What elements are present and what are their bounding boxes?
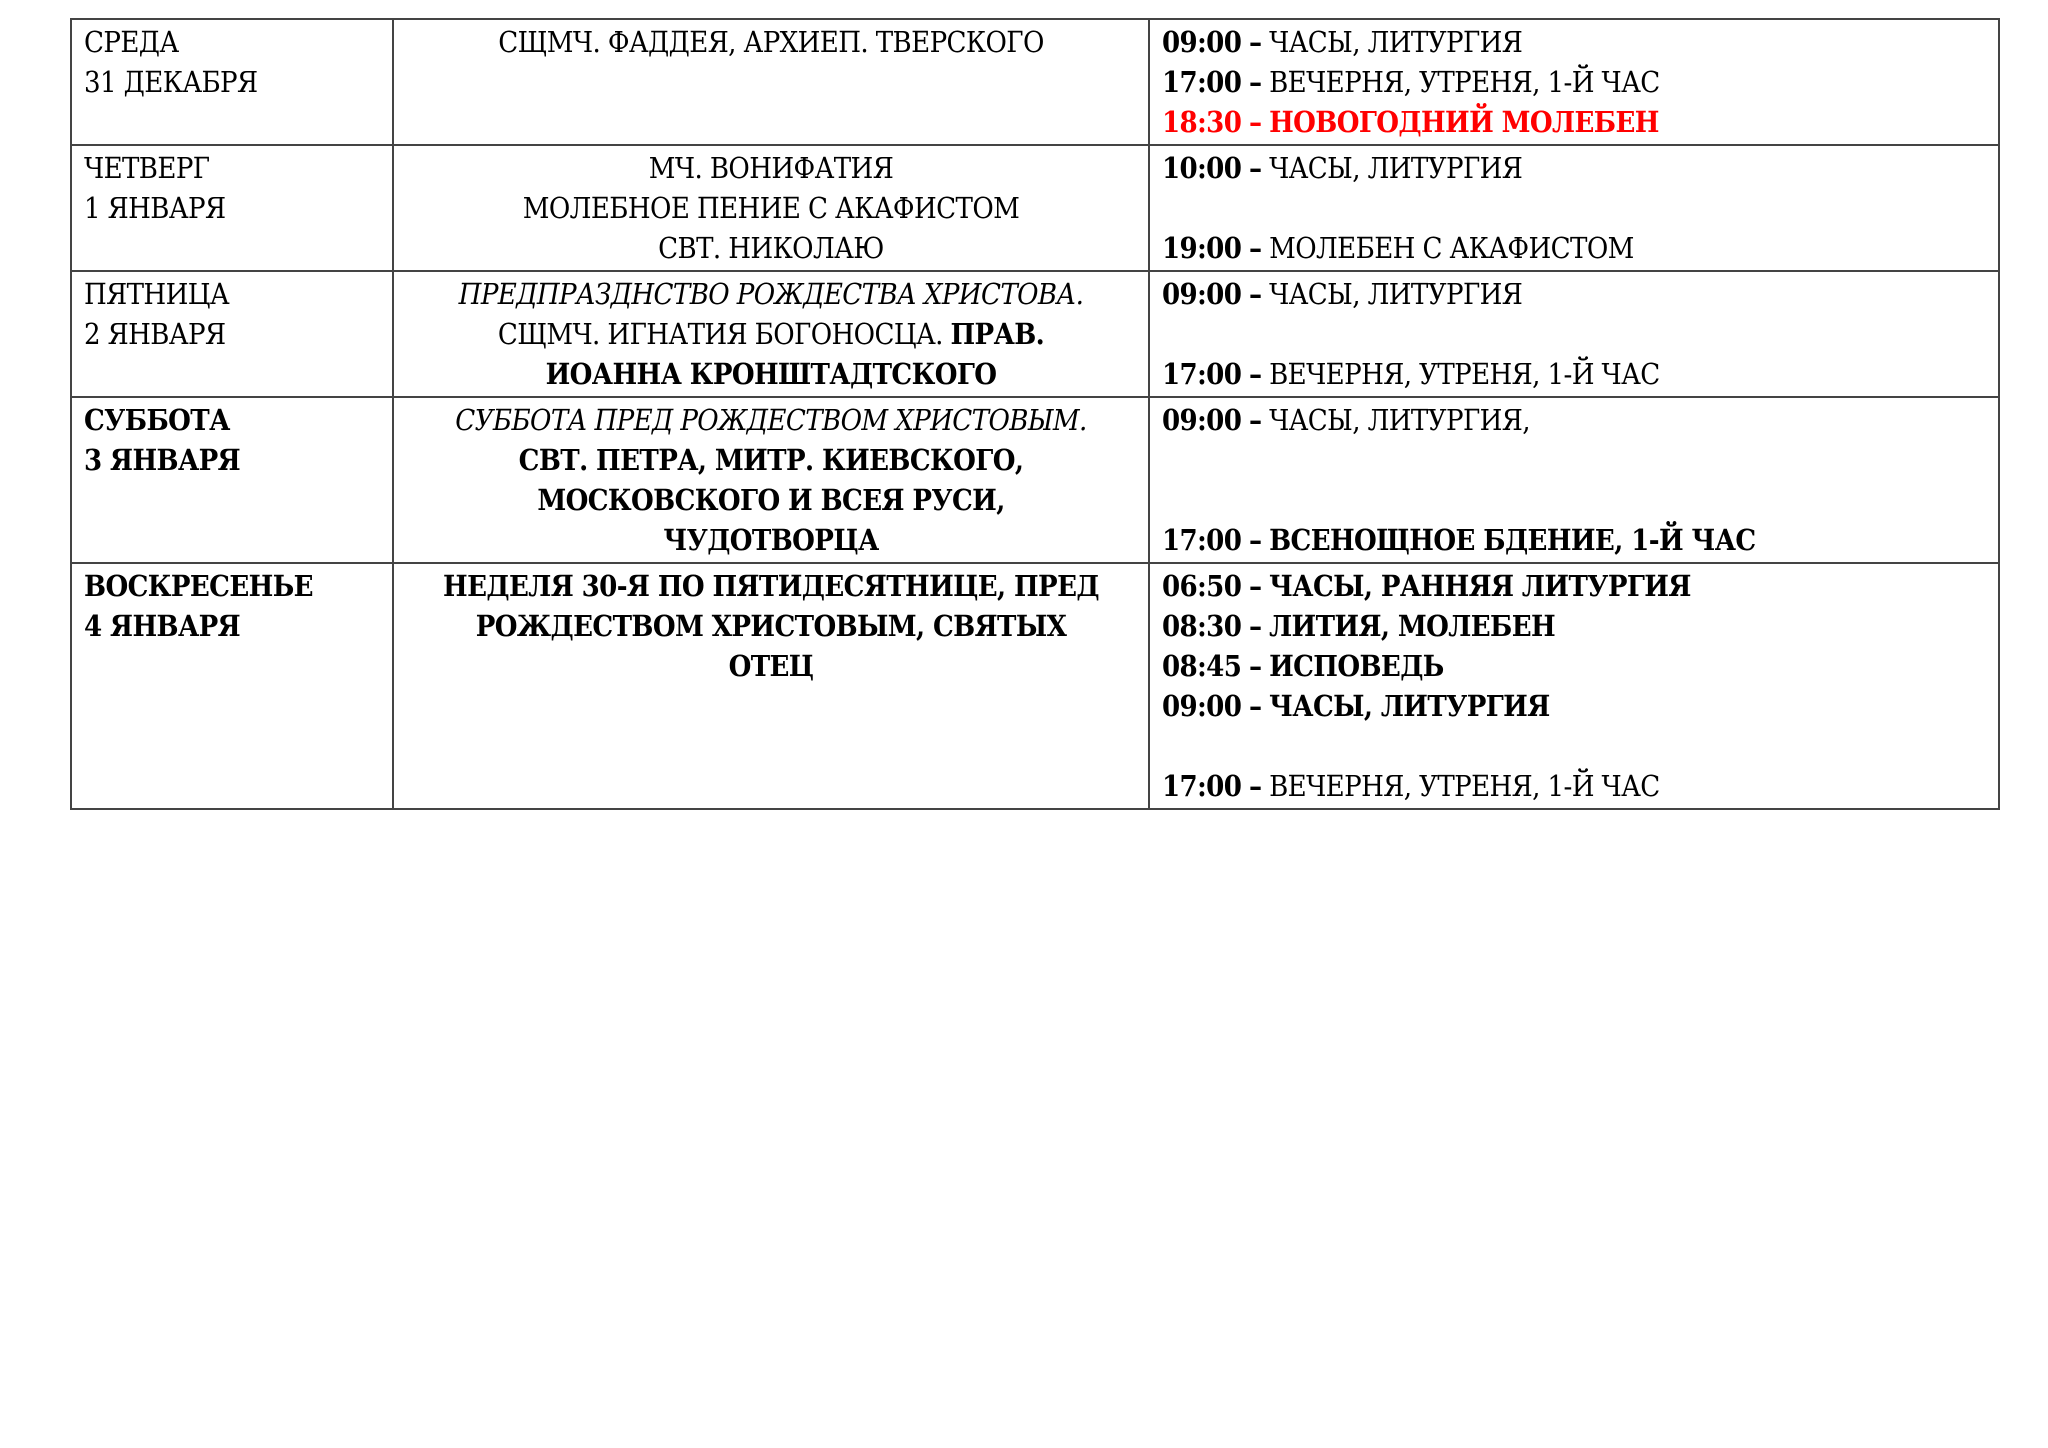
schedule-row: СУББОТА3 ЯНВАРЯСУББОТА ПРЕД РОЖДЕСТВОМ Х…	[71, 397, 1999, 563]
service-time: 17:00	[1162, 357, 1241, 391]
schedule-body: СРЕДА31 ДЕКАБРЯСЩМЧ. ФАДДЕЯ, АРХИЕП. ТВЕ…	[71, 19, 1999, 809]
service-entry: 09:00 – ЧАСЫ, ЛИТУРГИЯ	[1162, 22, 1986, 62]
services-cell: 09:00 – ЧАСЫ, ЛИТУРГИЯ,17:00 – ВСЕНОЩНОЕ…	[1149, 397, 1999, 563]
service-separator: –	[1249, 689, 1261, 723]
day-cell: СРЕДА31 ДЕКАБРЯ	[71, 19, 393, 145]
feast-text: СВТ. ПЕТРА, МИТР. КИЕВСКОГО,	[519, 443, 1024, 477]
service-name: ЧАСЫ, ЛИТУРГИЯ	[1269, 277, 1522, 311]
service-name: ЧАСЫ, ЛИТУРГИЯ	[1269, 25, 1522, 59]
service-entry: 19:00 – МОЛЕБЕН С АКАФИСТОМ	[1162, 228, 1986, 268]
weekday-label: ЧЕТВЕРГ	[84, 148, 380, 188]
service-time: 06:50	[1162, 569, 1241, 603]
blank-line	[1162, 480, 1986, 520]
weekday-label: ПЯТНИЦА	[84, 274, 380, 314]
service-time: 17:00	[1162, 769, 1241, 803]
service-name: ЧАСЫ, РАННЯЯ ЛИТУРГИЯ	[1269, 569, 1691, 603]
service-entry: 17:00 – ВЕЧЕРНЯ, УТРЕНЯ, 1-Й ЧАС	[1162, 766, 1986, 806]
feast-line: МОСКОВСКОГО И ВСЕЯ РУСИ,	[406, 480, 1136, 520]
services-cell: 09:00 – ЧАСЫ, ЛИТУРГИЯ17:00 – ВЕЧЕРНЯ, У…	[1149, 271, 1999, 397]
service-time: 17:00	[1162, 523, 1241, 557]
service-time: 10:00	[1162, 151, 1241, 185]
service-name: МОЛЕБЕН С АКАФИСТОМ	[1269, 231, 1634, 265]
weekday-label: СУББОТА	[84, 400, 380, 440]
feast-cell: ПРЕДПРАЗДНСТВО РОЖДЕСТВА ХРИСТОВА.СЩМЧ. …	[393, 271, 1149, 397]
date-label: 1 ЯНВАРЯ	[84, 188, 380, 228]
schedule-row: ЧЕТВЕРГ1 ЯНВАРЯМЧ. ВОНИФАТИЯМОЛЕБНОЕ ПЕН…	[71, 145, 1999, 271]
blank-line	[1162, 440, 1986, 480]
service-time: 08:45	[1162, 649, 1241, 683]
feast-line: СЩМЧ. ИГНАТИЯ БОГОНОСЦА. ПРАВ.	[406, 314, 1136, 354]
date-label: 2 ЯНВАРЯ	[84, 314, 380, 354]
day-cell: ПЯТНИЦА2 ЯНВАРЯ	[71, 271, 393, 397]
service-name: ЧАСЫ, ЛИТУРГИЯ	[1269, 151, 1522, 185]
service-time: 17:00	[1162, 65, 1241, 99]
schedule-row: СРЕДА31 ДЕКАБРЯСЩМЧ. ФАДДЕЯ, АРХИЕП. ТВЕ…	[71, 19, 1999, 145]
day-cell: ЧЕТВЕРГ1 ЯНВАРЯ	[71, 145, 393, 271]
service-name: ЧАСЫ, ЛИТУРГИЯ	[1269, 689, 1550, 723]
service-name: ВЕЧЕРНЯ, УТРЕНЯ, 1-Й ЧАС	[1269, 357, 1660, 391]
feast-cell: СУББОТА ПРЕД РОЖДЕСТВОМ ХРИСТОВЫМ.СВТ. П…	[393, 397, 1149, 563]
service-separator: –	[1249, 151, 1261, 185]
service-entry: 09:00 – ЧАСЫ, ЛИТУРГИЯ,	[1162, 400, 1986, 440]
day-cell: СУББОТА3 ЯНВАРЯ	[71, 397, 393, 563]
weekday-label: СРЕДА	[84, 22, 380, 62]
service-time: 08:30	[1162, 609, 1241, 643]
date-label: 31 ДЕКАБРЯ	[84, 62, 380, 102]
service-entry: 08:45 – ИСПОВЕДЬ	[1162, 646, 1986, 686]
feast-line: СВТ. ПЕТРА, МИТР. КИЕВСКОГО,	[406, 440, 1136, 480]
feast-line: ПРЕДПРАЗДНСТВО РОЖДЕСТВА ХРИСТОВА.	[406, 274, 1136, 314]
service-separator: –	[1249, 231, 1261, 265]
feast-text-emphasis: ПРАВ.	[951, 317, 1045, 351]
day-cell: ВОСКРЕСЕНЬЕ4 ЯНВАРЯ	[71, 563, 393, 809]
service-name: ВЕЧЕРНЯ, УТРЕНЯ, 1-Й ЧАС	[1269, 769, 1660, 803]
service-entry: 18:30 – НОВОГОДНИЙ МОЛЕБЕН	[1162, 102, 1986, 142]
feast-cell: МЧ. ВОНИФАТИЯМОЛЕБНОЕ ПЕНИЕ С АКАФИСТОМС…	[393, 145, 1149, 271]
feast-line: СЩМЧ. ФАДДЕЯ, АРХИЕП. ТВЕРСКОГО	[406, 22, 1136, 62]
services-cell: 10:00 – ЧАСЫ, ЛИТУРГИЯ19:00 – МОЛЕБЕН С …	[1149, 145, 1999, 271]
services-cell: 06:50 – ЧАСЫ, РАННЯЯ ЛИТУРГИЯ08:30 – ЛИТ…	[1149, 563, 1999, 809]
service-entry: 09:00 – ЧАСЫ, ЛИТУРГИЯ	[1162, 686, 1986, 726]
feast-line: ОТЕЦ	[406, 646, 1136, 686]
feast-text: МЧ. ВОНИФАТИЯ	[649, 151, 893, 185]
date-label: 4 ЯНВАРЯ	[84, 606, 380, 646]
service-entry: 17:00 – ВЕЧЕРНЯ, УТРЕНЯ, 1-Й ЧАС	[1162, 62, 1986, 102]
service-name: ВСЕНОЩНОЕ БДЕНИЕ, 1-Й ЧАС	[1269, 523, 1755, 557]
service-separator: –	[1249, 65, 1261, 99]
feast-text: ОТЕЦ	[729, 649, 814, 683]
feast-line: ИОАННА КРОНШТАДТСКОГО	[406, 354, 1136, 394]
feast-text: НЕДЕЛЯ 30-Я ПО ПЯТИДЕСЯТНИЦЕ, ПРЕД	[443, 569, 1099, 603]
feast-text: ИОАННА КРОНШТАДТСКОГО	[546, 357, 997, 391]
service-separator: –	[1249, 609, 1261, 643]
feast-text: СУББОТА ПРЕД РОЖДЕСТВОМ ХРИСТОВЫМ.	[455, 403, 1086, 437]
feast-line: НЕДЕЛЯ 30-Я ПО ПЯТИДЕСЯТНИЦЕ, ПРЕД	[406, 566, 1136, 606]
service-entry: 10:00 – ЧАСЫ, ЛИТУРГИЯ	[1162, 148, 1986, 188]
service-separator: –	[1249, 523, 1261, 557]
service-time: 18:30	[1162, 105, 1241, 139]
feast-text: МОСКОВСКОГО И ВСЕЯ РУСИ,	[537, 483, 1004, 517]
service-separator: –	[1249, 277, 1261, 311]
feast-text: ЧУДОТВОРЦА	[663, 523, 878, 557]
feast-line: МОЛЕБНОЕ ПЕНИЕ С АКАФИСТОМ	[406, 188, 1136, 228]
service-time: 09:00	[1162, 403, 1241, 437]
feast-cell: СЩМЧ. ФАДДЕЯ, АРХИЕП. ТВЕРСКОГО	[393, 19, 1149, 145]
feast-text: СЩМЧ. ИГНАТИЯ БОГОНОСЦА.	[498, 317, 943, 351]
service-name: ИСПОВЕДЬ	[1269, 649, 1444, 683]
service-separator: –	[1249, 357, 1261, 391]
service-entry: 09:00 – ЧАСЫ, ЛИТУРГИЯ	[1162, 274, 1986, 314]
service-entry: 06:50 – ЧАСЫ, РАННЯЯ ЛИТУРГИЯ	[1162, 566, 1986, 606]
feast-text: РОЖДЕСТВОМ ХРИСТОВЫМ, СВЯТЫХ	[476, 609, 1067, 643]
service-separator: –	[1249, 649, 1261, 683]
weekday-label: ВОСКРЕСЕНЬЕ	[84, 566, 380, 606]
service-separator: –	[1249, 403, 1261, 437]
feast-line: РОЖДЕСТВОМ ХРИСТОВЫМ, СВЯТЫХ	[406, 606, 1136, 646]
service-separator: –	[1249, 769, 1261, 803]
blank-line	[1162, 188, 1986, 228]
blank-line	[1162, 726, 1986, 766]
feast-text: СЩМЧ. ФАДДЕЯ, АРХИЕП. ТВЕРСКОГО	[498, 25, 1044, 59]
feast-line: ЧУДОТВОРЦА	[406, 520, 1136, 560]
service-name: НОВОГОДНИЙ МОЛЕБЕН	[1269, 105, 1659, 139]
feast-line: СВТ. НИКОЛАЮ	[406, 228, 1136, 268]
feast-text: ПРЕДПРАЗДНСТВО РОЖДЕСТВА ХРИСТОВА.	[459, 277, 1084, 311]
services-cell: 09:00 – ЧАСЫ, ЛИТУРГИЯ17:00 – ВЕЧЕРНЯ, У…	[1149, 19, 1999, 145]
service-name: ВЕЧЕРНЯ, УТРЕНЯ, 1-Й ЧАС	[1269, 65, 1660, 99]
service-name: ЧАСЫ, ЛИТУРГИЯ,	[1269, 403, 1530, 437]
service-entry: 17:00 – ВЕЧЕРНЯ, УТРЕНЯ, 1-Й ЧАС	[1162, 354, 1986, 394]
schedule-table: СРЕДА31 ДЕКАБРЯСЩМЧ. ФАДДЕЯ, АРХИЕП. ТВЕ…	[70, 18, 2000, 810]
feast-text: МОЛЕБНОЕ ПЕНИЕ С АКАФИСТОМ	[523, 191, 1020, 225]
feast-line: СУББОТА ПРЕД РОЖДЕСТВОМ ХРИСТОВЫМ.	[406, 400, 1136, 440]
service-separator: –	[1249, 105, 1261, 139]
service-entry: 08:30 – ЛИТИЯ, МОЛЕБЕН	[1162, 606, 1986, 646]
feast-line: МЧ. ВОНИФАТИЯ	[406, 148, 1136, 188]
service-time: 09:00	[1162, 689, 1241, 723]
feast-cell: НЕДЕЛЯ 30-Я ПО ПЯТИДЕСЯТНИЦЕ, ПРЕДРОЖДЕС…	[393, 563, 1149, 809]
service-separator: –	[1249, 25, 1261, 59]
date-label: 3 ЯНВАРЯ	[84, 440, 380, 480]
service-entry: 17:00 – ВСЕНОЩНОЕ БДЕНИЕ, 1-Й ЧАС	[1162, 520, 1986, 560]
service-separator: –	[1249, 569, 1261, 603]
service-time: 09:00	[1162, 277, 1241, 311]
service-name: ЛИТИЯ, МОЛЕБЕН	[1269, 609, 1555, 643]
service-time: 19:00	[1162, 231, 1241, 265]
feast-text: СВТ. НИКОЛАЮ	[658, 231, 884, 265]
blank-line	[1162, 314, 1986, 354]
schedule-row: ВОСКРЕСЕНЬЕ4 ЯНВАРЯНЕДЕЛЯ 30-Я ПО ПЯТИДЕ…	[71, 563, 1999, 809]
service-time: 09:00	[1162, 25, 1241, 59]
schedule-row: ПЯТНИЦА2 ЯНВАРЯПРЕДПРАЗДНСТВО РОЖДЕСТВА …	[71, 271, 1999, 397]
